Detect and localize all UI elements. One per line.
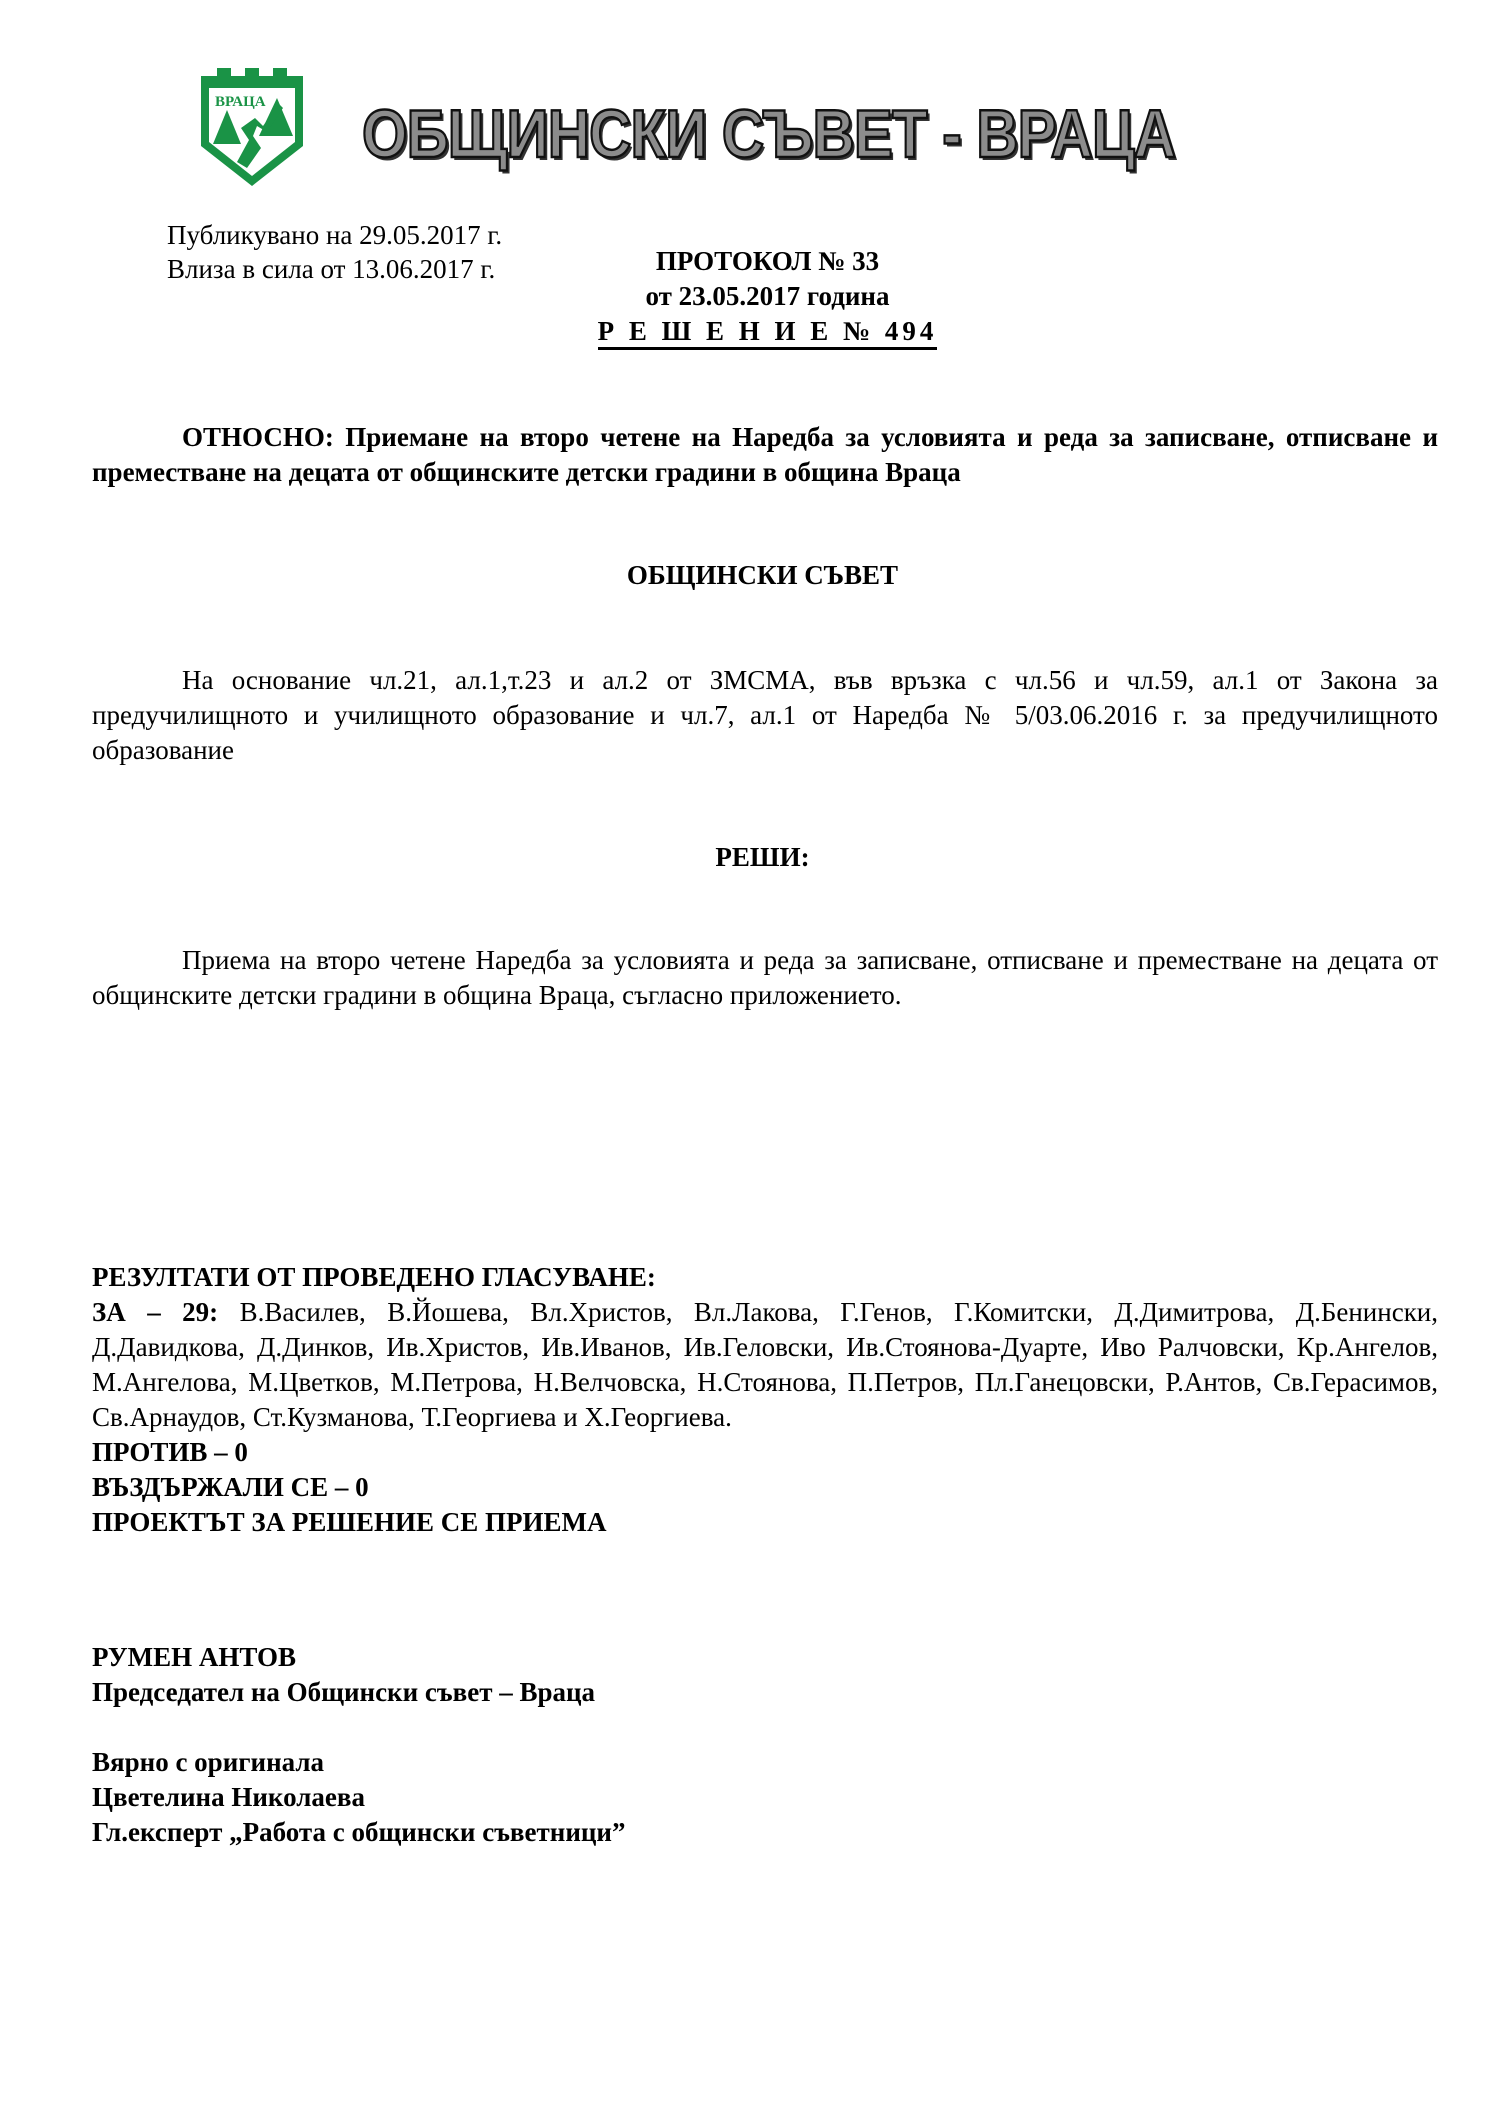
legal-basis-paragraph: На основание чл.21, ал.1,т.23 и ал.2 от …	[92, 663, 1438, 768]
council-heading: ОБЩИНСКИ СЪВЕТ	[0, 558, 1500, 593]
certifier-title: Гл.експерт „Работа с общински съветници”	[92, 1815, 992, 1850]
subject-paragraph: ОТНОСНО: Приемане на второ четене на Нар…	[92, 420, 1438, 490]
masthead-title: ОБЩИНСКИ СЪВЕТ - ВРАЦА	[362, 94, 1119, 174]
legal-basis-text: На основание чл.21, ал.1,т.23 и ал.2 от …	[92, 665, 1438, 765]
votes-abstained: ВЪЗДЪРЖАЛИ СЕ – 0	[92, 1470, 1438, 1505]
certifier-name: Цветелина Николаева	[92, 1780, 992, 1815]
voting-results: РЕЗУЛТАТИ ОТ ПРОВЕДЕНО ГЛАСУВАНЕ: ЗА – 2…	[92, 1260, 1438, 1540]
svg-text:ВРАЦА: ВРАЦА	[215, 94, 266, 110]
protocol-number: ПРОТОКОЛ № 33	[580, 243, 955, 279]
coat-of-arms-logo: ВРАЦА	[197, 66, 307, 188]
decision-paragraph: Приема на второ четене Наредба за услови…	[92, 943, 1438, 1013]
effective-date: Влиза в сила от 13.06.2017 г.	[167, 252, 495, 286]
decision-text: Приема на второ четене Наредба за услови…	[92, 945, 1438, 1010]
chair-title: Председател на Общински съвет – Враца	[92, 1675, 992, 1710]
votes-against: ПРОТИВ – 0	[92, 1435, 1438, 1470]
shield-icon: ВРАЦА	[197, 66, 307, 188]
decision-number: Р Е Ш Е Н И Е № 494	[580, 313, 955, 349]
votes-for-names: В.Василев, В.Йошева, Вл.Христов, Вл.Лако…	[92, 1297, 1438, 1432]
votes-for: ЗА – 29: В.Василев, В.Йошева, Вл.Христов…	[92, 1295, 1438, 1435]
certified-note: Вярно с оригинала	[92, 1745, 992, 1780]
votes-for-label: ЗА – 29:	[92, 1297, 218, 1327]
voting-heading: РЕЗУЛТАТИ ОТ ПРОВЕДЕНО ГЛАСУВАНЕ:	[92, 1260, 1438, 1295]
resolved-heading: РЕШИ:	[0, 840, 1500, 875]
published-date: Публикувано на 29.05.2017 г.	[167, 218, 502, 252]
signature-block: РУМЕН АНТОВ Председател на Общински съве…	[92, 1640, 992, 1850]
protocol-date: от 23.05.2017 година	[580, 278, 955, 314]
vote-outcome: ПРОЕКТЪТ ЗА РЕШЕНИЕ СЕ ПРИЕМА	[92, 1505, 1438, 1540]
subject-label: ОТНОСНО:	[182, 422, 334, 452]
chair-name: РУМЕН АНТОВ	[92, 1640, 992, 1675]
decision-number-text: Р Е Ш Е Н И Е № 494	[598, 316, 938, 350]
